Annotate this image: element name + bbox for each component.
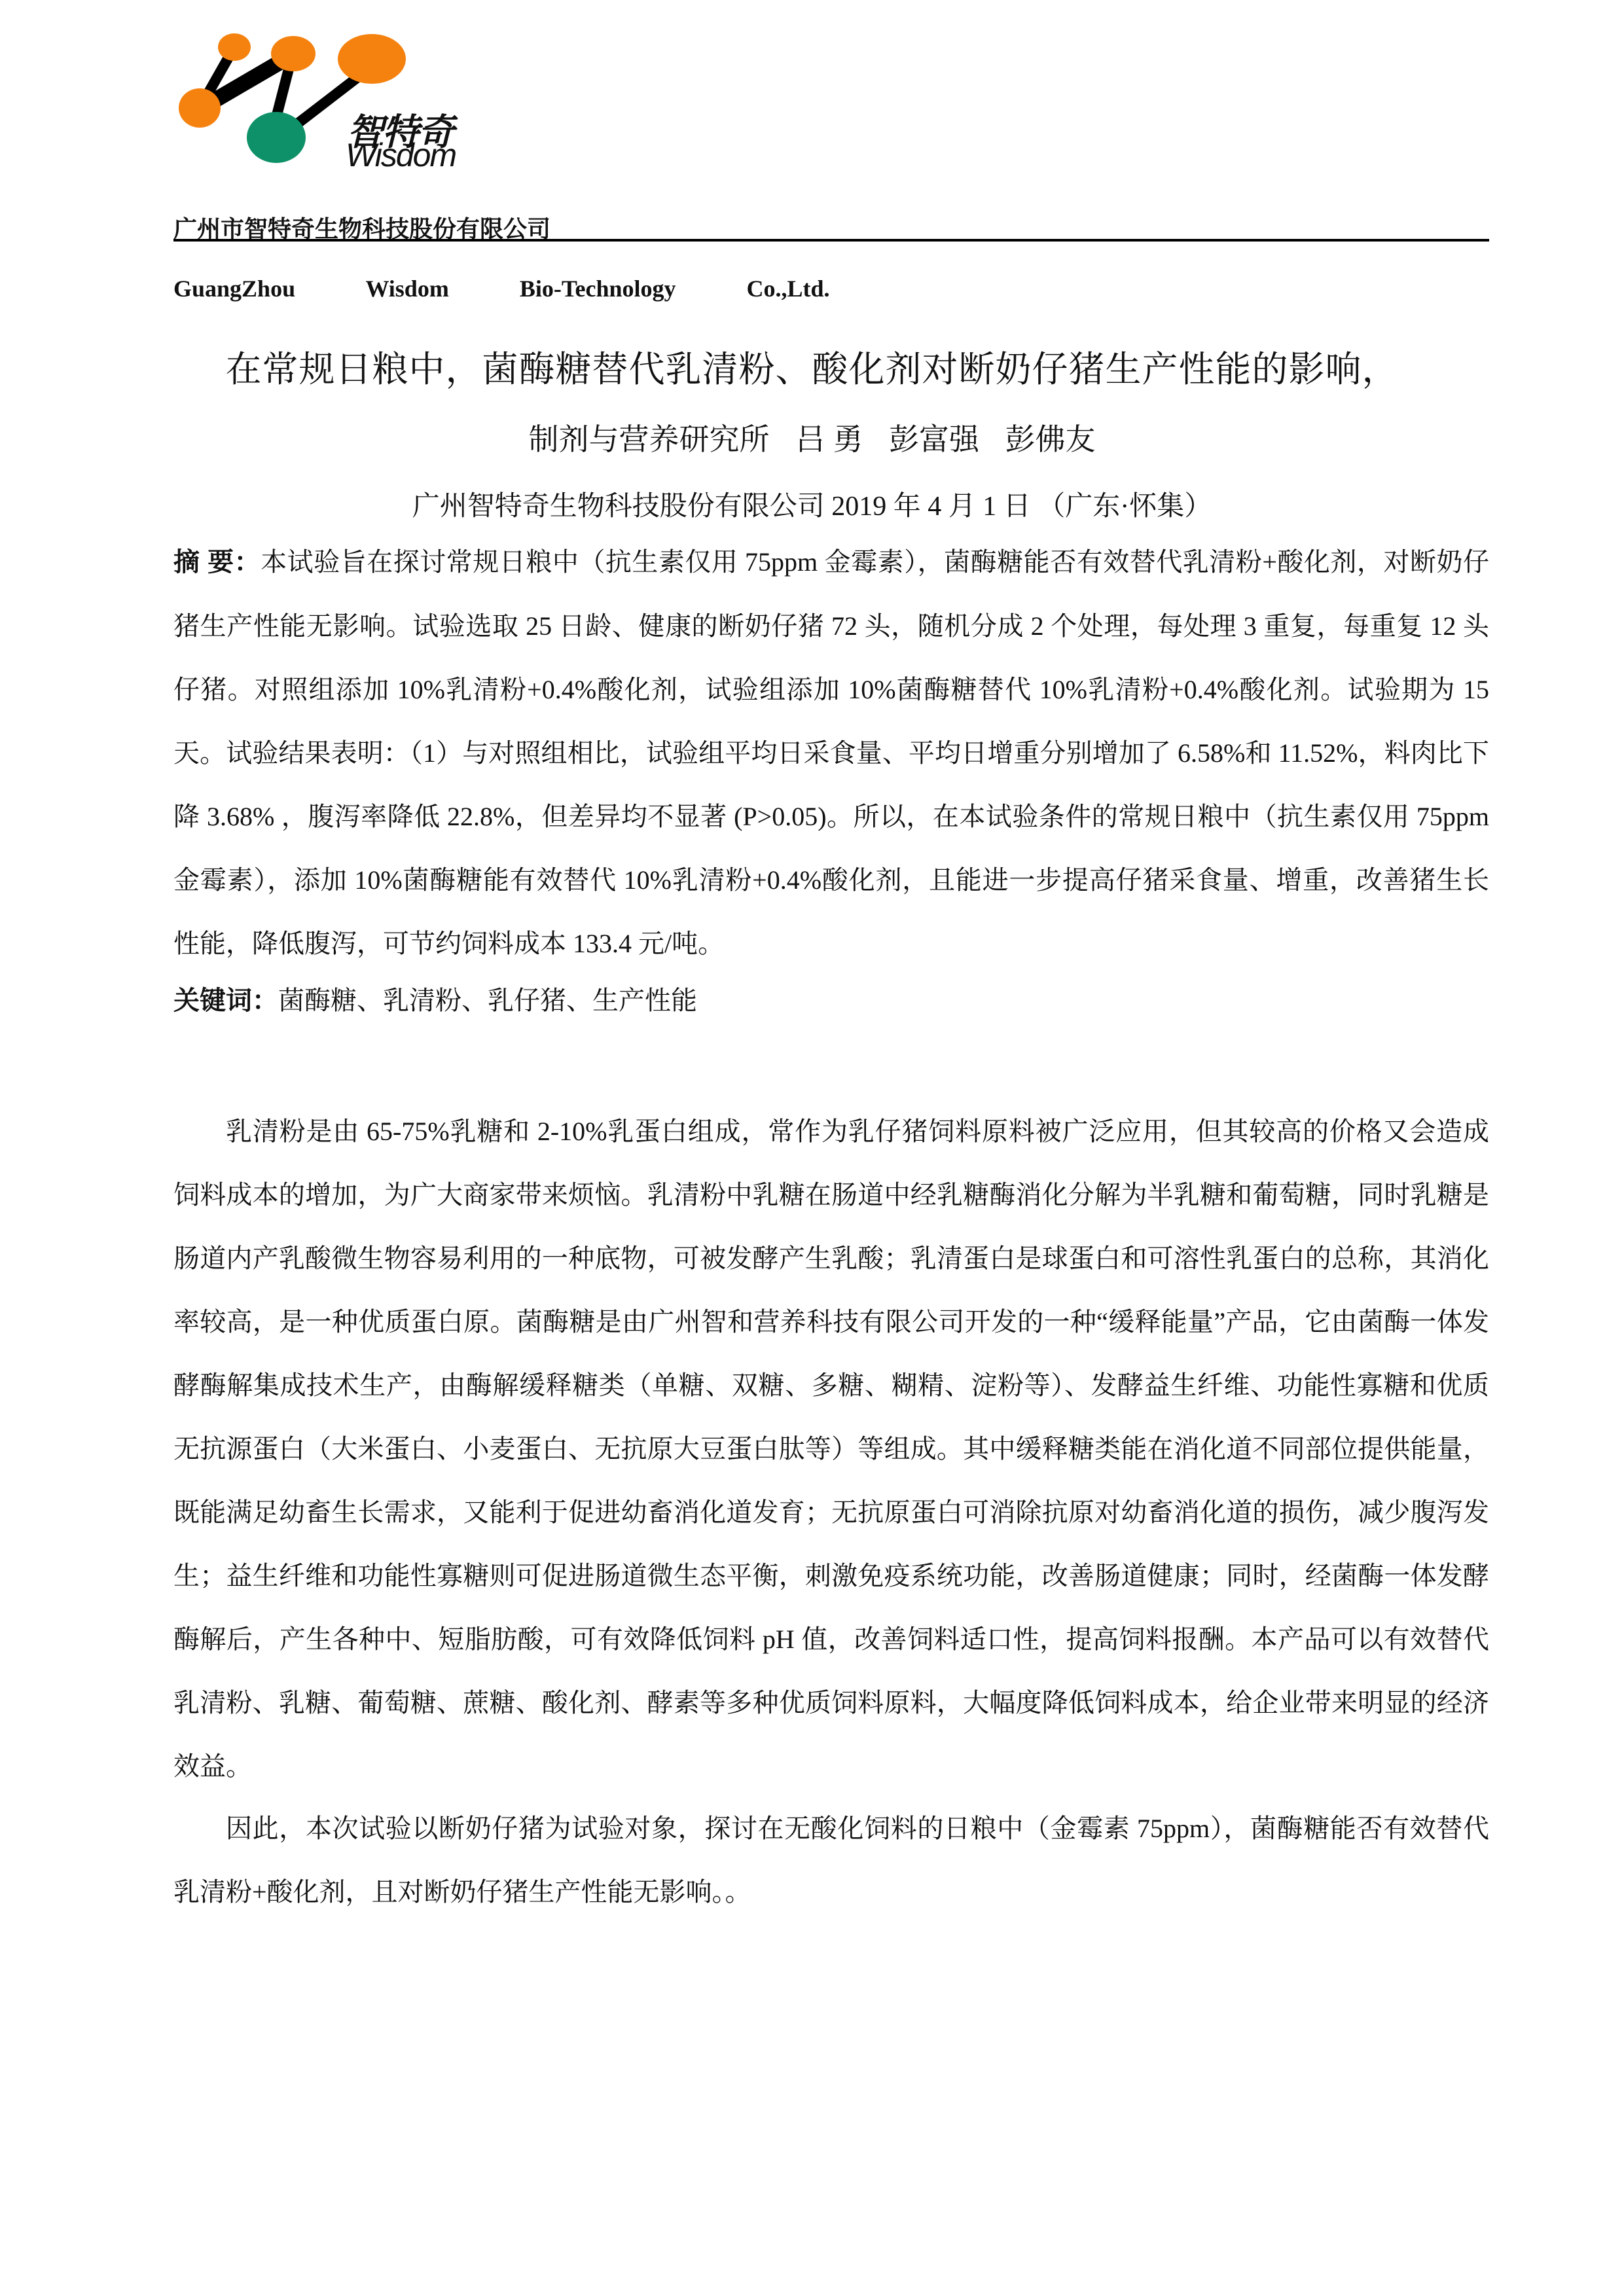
body-paragraph: 乳清粉是由 65-75%乳糖和 2-10%乳蛋白组成，常作为乳仔猪饲料原料被广泛… bbox=[173, 1100, 1489, 1798]
affiliation-date-line: 广州智特奇生物科技股份有限公司 2019 年 4 月 1 日 （广东·怀集） bbox=[0, 484, 1624, 524]
author-name: 吕 勇 bbox=[795, 423, 863, 456]
keywords-label: 关键词： bbox=[173, 986, 278, 1015]
author-name: 彭富强 bbox=[889, 423, 979, 456]
company-logo: 智特奇 Wisdom bbox=[157, 20, 550, 170]
author-name: 彭佛友 bbox=[1005, 423, 1096, 456]
body-paragraph: 因此，本次试验以断奶仔猪为试验对象，探讨在无酸化饲料的日粮中（金霉素 75ppm… bbox=[173, 1797, 1489, 1924]
abstract: 摘 要：本试验旨在探讨常规日粮中（抗生素仅用 75ppm 金霉素），菌酶糖能否有… bbox=[173, 530, 1489, 975]
article-title: 在常规日粮中，菌酶糖替代乳清粉、酸化剂对断奶仔猪生产性能的影响， bbox=[0, 340, 1624, 392]
keywords: 关键词：菌酶糖、乳清粉、乳仔猪、生产性能 bbox=[173, 969, 1489, 1033]
abstract-text: 本试验旨在探讨常规日粮中（抗生素仅用 75ppm 金霉素），菌酶糖能否有效替代乳… bbox=[173, 547, 1489, 958]
abstract-label: 摘 要： bbox=[173, 548, 261, 577]
author-institute: 制剂与营养研究所 bbox=[529, 423, 770, 456]
company-name-en: GuangZhou Wisdom Bio-Technology Co.,Ltd. bbox=[173, 275, 830, 302]
header-divider bbox=[173, 239, 1489, 242]
logo-brand-en: Wisdom bbox=[346, 136, 456, 174]
keywords-text: 菌酶糖、乳清粉、乳仔猪、生产性能 bbox=[278, 986, 697, 1016]
author-line: 制剂与营养研究所 吕 勇 彭富强 彭佛友 bbox=[0, 416, 1624, 459]
